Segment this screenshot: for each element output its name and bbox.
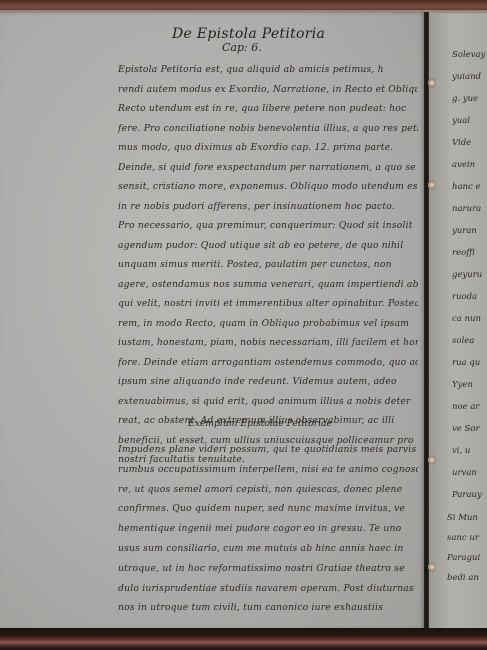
- manuscript-body-section-2: Impudens plane videri possum, qui te quo…: [118, 440, 418, 618]
- text-line: noe ar: [452, 396, 487, 418]
- text-line: Epistola Petitoria est, qua aliquid ab a…: [118, 60, 418, 80]
- text-line: urvan: [452, 462, 487, 484]
- text-line: sanc ur: [447, 528, 487, 548]
- text-line: avein: [452, 154, 487, 176]
- text-line: extenuabimus, si quid erit, quod animum …: [118, 392, 418, 412]
- text-line: dulo iurisprudentiae studiis navarem ope…: [118, 579, 418, 599]
- text-line: yual: [452, 110, 487, 132]
- page-edge-bottom: [0, 628, 487, 650]
- page-title: De Epistola Petitoria: [172, 26, 325, 42]
- text-line: reoffi: [452, 242, 487, 264]
- text-line: re, ut quos semel amori cepisti, non qui…: [118, 480, 418, 500]
- text-line: g. yue: [452, 88, 487, 110]
- text-line: agendum pudor: Quod utique sit ab eo pet…: [118, 236, 418, 256]
- text-line: rem, in modo Recto, quam in Obliquo prob…: [118, 314, 418, 334]
- text-line: mus modo, quo diximus ab Exordio cap. 12…: [118, 138, 418, 158]
- text-line: rumbus occupatissimum interpellem, nisi …: [118, 460, 418, 480]
- text-line: confirmes. Quo quidem nuper, sed nunc ma…: [118, 499, 418, 519]
- text-line: solea: [452, 330, 487, 352]
- text-line: vi, u: [452, 440, 487, 462]
- text-line: ruoda: [452, 286, 487, 308]
- text-line: Vide: [452, 132, 487, 154]
- chapter-number: Cap: 6.: [222, 41, 262, 54]
- text-line: Impudens plane videri possum, qui te quo…: [118, 440, 418, 460]
- text-line: rendi autem modus ex Exordio, Narratione…: [118, 80, 418, 100]
- text-line: usus sum consiliario, cum me mutuis ab h…: [118, 539, 418, 559]
- text-line: rua qu: [452, 352, 487, 374]
- text-line: yuiand: [452, 66, 487, 88]
- text-line: hanc e: [452, 176, 487, 198]
- text-line: in re nobis pudori afferens, per insinua…: [118, 197, 418, 217]
- text-line: bedi an: [447, 568, 487, 588]
- text-line: hementique ingenii mei pudore cogor eo i…: [118, 519, 418, 539]
- binding-stitch-icon: [428, 562, 436, 572]
- binding-stitch-icon: [428, 180, 436, 190]
- text-line: Pro necessario, qua premimur, conquerimu…: [118, 216, 418, 236]
- text-line: narura: [452, 198, 487, 220]
- text-line: utroque, ut in hoc reformatissimo nostri…: [118, 559, 418, 579]
- manuscript-body-section-1: Epistola Petitoria est, qua aliquid ab a…: [118, 60, 418, 470]
- text-line: iustam, honestam, piam, nobis necessaria…: [118, 333, 418, 353]
- text-line: Parauy: [452, 484, 487, 506]
- text-line: geyuru: [452, 264, 487, 286]
- text-line: Deinde, si quid fore exspectandum per na…: [118, 158, 418, 178]
- text-line: ca nun: [452, 308, 487, 330]
- text-line: Solevay: [452, 44, 487, 66]
- text-line: ve Sor: [452, 418, 487, 440]
- binding-stitch-icon: [428, 78, 436, 88]
- text-line: agere, ostendamus nos summa venerari, qu…: [118, 275, 418, 295]
- text-line: sensit, cristiano more, exponemus. Obliq…: [118, 177, 418, 197]
- text-line: Yyen: [452, 374, 487, 396]
- text-line: qui velit, nostri inviti et immerentibus…: [118, 294, 418, 314]
- text-line: Paragui: [447, 548, 487, 568]
- text-line: yuran: [452, 220, 487, 242]
- text-line: ipsum sine aliquando inde redeunt. Videm…: [118, 372, 418, 392]
- text-line: Recto utendum est in re, qua libere pete…: [118, 99, 418, 119]
- text-line: nos in utroque tum civili, tum canonico …: [118, 598, 418, 618]
- facing-page-text-lower: Si Mun sanc ur Paragui bedi an: [447, 508, 487, 588]
- text-line: fore. Deinde etiam arrogantiam ostendemu…: [118, 353, 418, 373]
- text-line: fere. Pro conciliatione nobis benevolent…: [118, 119, 418, 139]
- facing-page-text: Solevay yuiand g. yue yual Vide avein ha…: [452, 44, 487, 506]
- section-subheading: Exemplum Epistolae Petitoriae: [188, 418, 332, 429]
- binding-stitch-icon: [428, 455, 436, 465]
- text-line: Si Mun: [447, 508, 487, 528]
- text-line: unquam simus meriti. Postea, paulatim pe…: [118, 255, 418, 275]
